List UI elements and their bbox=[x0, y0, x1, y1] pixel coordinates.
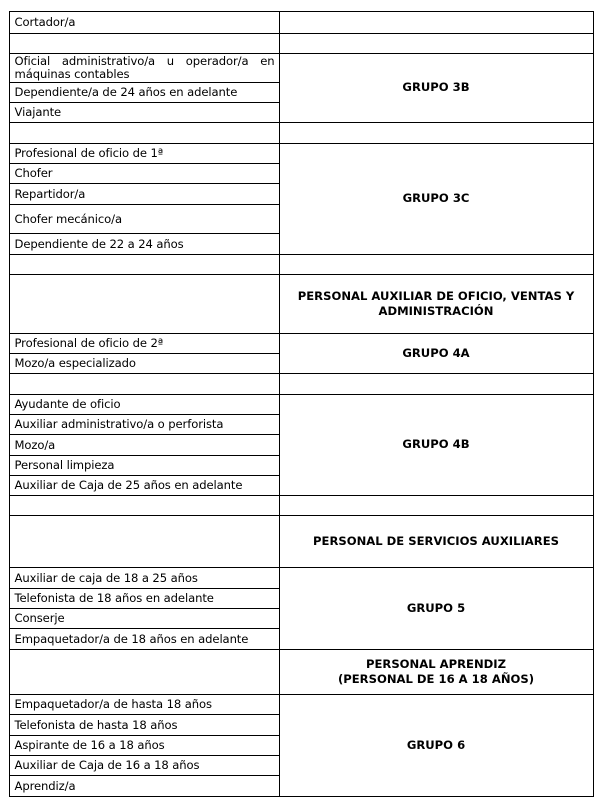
role-cell: Ayudante de oficio bbox=[9, 394, 280, 415]
role-label: Profesional de oficio de 2ª bbox=[15, 337, 275, 350]
group-cell: PERSONAL AUXILIAR DE OFICIO, VENTAS Y AD… bbox=[279, 274, 594, 334]
group-cell: GRUPO 3B bbox=[279, 53, 594, 123]
group-label: GRUPO 3B bbox=[402, 80, 469, 95]
role-label: Dependiente de 22 a 24 años bbox=[15, 238, 275, 251]
role-label: Dependiente/a de 24 años en adelante bbox=[15, 86, 275, 99]
role-cell bbox=[9, 495, 280, 516]
role-label: Empaquetador/a de 18 años en adelante bbox=[15, 633, 275, 646]
group-cell: GRUPO 5 bbox=[279, 567, 594, 650]
role-cell: Telefonista de hasta 18 años bbox=[9, 714, 280, 736]
group-cell: PERSONAL DE SERVICIOS AUXILIARES bbox=[279, 515, 594, 568]
role-cell: Dependiente de 22 a 24 años bbox=[9, 233, 280, 255]
empty-group-cell bbox=[279, 11, 594, 34]
role-cell: Auxiliar de Caja de 16 a 18 años bbox=[9, 755, 280, 776]
role-cell: Empaquetador/a de 18 años en adelante bbox=[9, 628, 280, 650]
role-label: Chofer bbox=[15, 167, 275, 180]
role-cell: Aprendiz/a bbox=[9, 775, 280, 797]
role-cell: Auxiliar administrativo/a o perforista bbox=[9, 414, 280, 435]
empty-group-cell bbox=[279, 373, 594, 395]
empty-group-cell bbox=[279, 495, 594, 516]
group-cell: GRUPO 3C bbox=[279, 143, 594, 255]
role-cell: Oficial administrativo/a u operador/a en… bbox=[9, 53, 280, 83]
role-cell: Auxiliar de Caja de 25 años en adelante bbox=[9, 475, 280, 496]
group-cell: GRUPO 4A bbox=[279, 333, 594, 374]
role-cell: Personal limpieza bbox=[9, 455, 280, 476]
role-label: Empaquetador/a de hasta 18 años bbox=[15, 698, 275, 711]
role-cell: Empaquetador/a de hasta 18 años bbox=[9, 694, 280, 715]
role-label: Mozo/a bbox=[15, 439, 275, 452]
group-label: PERSONAL AUXILIAR DE OFICIO, VENTAS Y AD… bbox=[298, 289, 574, 319]
role-cell: Viajante bbox=[9, 102, 280, 123]
role-label: Profesional de oficio de 1ª bbox=[15, 147, 275, 160]
group-label: GRUPO 6 bbox=[407, 738, 465, 753]
role-label: Repartidor/a bbox=[15, 188, 275, 201]
group-label: GRUPO 4B bbox=[402, 437, 469, 452]
role-cell bbox=[9, 122, 280, 144]
role-cell: Profesional de oficio de 1ª bbox=[9, 143, 280, 164]
role-label: Aspirante de 16 a 18 años bbox=[15, 739, 275, 752]
role-label: Viajante bbox=[15, 106, 275, 119]
group-label: PERSONAL APRENDIZ (PERSONAL DE 16 A 18 A… bbox=[338, 657, 534, 687]
group-label: GRUPO 4A bbox=[402, 346, 469, 361]
role-cell: Mozo/a bbox=[9, 434, 280, 456]
group-label: GRUPO 3C bbox=[403, 191, 470, 206]
empty-group-cell bbox=[279, 33, 594, 54]
role-cell: Auxiliar de caja de 18 a 25 años bbox=[9, 567, 280, 589]
empty-group-cell bbox=[279, 254, 594, 275]
role-cell: Cortador/a bbox=[9, 11, 280, 34]
role-label: Chofer mecánico/a bbox=[15, 213, 275, 226]
role-label: Telefonista de hasta 18 años bbox=[15, 719, 275, 732]
role-label: Conserje bbox=[15, 612, 275, 625]
role-cell bbox=[9, 274, 280, 334]
job-category-table: Cortador/aOficial administrativo/a u ope… bbox=[0, 0, 605, 806]
empty-group-cell bbox=[279, 122, 594, 144]
role-cell: Dependiente/a de 24 años en adelante bbox=[9, 82, 280, 103]
role-label: Auxiliar de Caja de 25 años en adelante bbox=[15, 479, 275, 492]
role-label: Cortador/a bbox=[15, 16, 275, 29]
role-cell bbox=[9, 515, 280, 568]
role-cell: Mozo/a especializado bbox=[9, 353, 280, 374]
group-label: PERSONAL DE SERVICIOS AUXILIARES bbox=[313, 534, 559, 549]
role-label: Auxiliar de caja de 18 a 25 años bbox=[15, 572, 275, 585]
role-label: Mozo/a especializado bbox=[15, 357, 275, 370]
role-cell: Chofer bbox=[9, 163, 280, 184]
role-label: Auxiliar administrativo/a o perforista bbox=[15, 418, 275, 431]
role-cell: Repartidor/a bbox=[9, 183, 280, 205]
group-cell: PERSONAL APRENDIZ (PERSONAL DE 16 A 18 A… bbox=[279, 649, 594, 695]
role-label: Personal limpieza bbox=[15, 459, 275, 472]
role-cell bbox=[9, 33, 280, 54]
role-cell: Conserje bbox=[9, 608, 280, 629]
role-label: Oficial administrativo/a u operador/a en… bbox=[15, 55, 275, 81]
role-label: Telefonista de 18 años en adelante bbox=[15, 592, 275, 605]
role-label: Ayudante de oficio bbox=[15, 398, 275, 411]
group-cell: GRUPO 4B bbox=[279, 394, 594, 496]
role-cell bbox=[9, 373, 280, 395]
role-cell bbox=[9, 254, 280, 275]
group-cell: GRUPO 6 bbox=[279, 694, 594, 797]
role-cell: Aspirante de 16 a 18 años bbox=[9, 735, 280, 756]
role-cell: Chofer mecánico/a bbox=[9, 204, 280, 234]
group-label: GRUPO 5 bbox=[407, 601, 465, 616]
role-cell: Profesional de oficio de 2ª bbox=[9, 333, 280, 354]
role-label: Aprendiz/a bbox=[15, 780, 275, 793]
role-label: Auxiliar de Caja de 16 a 18 años bbox=[15, 759, 275, 772]
role-cell bbox=[9, 649, 280, 695]
role-cell: Telefonista de 18 años en adelante bbox=[9, 588, 280, 609]
